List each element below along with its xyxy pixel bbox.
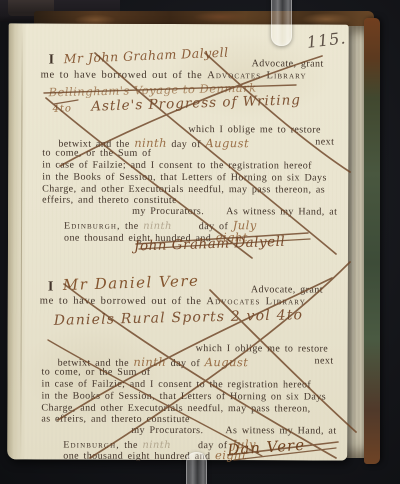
form2-witness-line: my Procurators. As witness my Hand, at [131,425,336,437]
form2-oblige-line: which I oblige me to restore [196,343,329,354]
form1-library-name: Advocates Library [207,70,306,81]
form1-initial: I [49,53,55,69]
page-number: 115. [306,28,348,52]
borrowing-form-1: I Mr John Graham Dalyell Advocate, grant… [9,23,349,24]
form2-signature: Dan Vere [227,436,306,459]
form1-return-month: August [205,136,249,150]
form2-initial: I [48,280,54,296]
form1-sum-line: to come, or the Sum of [42,148,151,159]
book-board-right-edge [364,18,380,464]
form2-borrower-name: Mr Daniel Vere [63,272,200,294]
ledger-page: 115. I Mr John Graham Dalyell Advocate, … [7,23,349,460]
form2-advocate-grant: Advocate, grant [251,284,323,295]
form1-witness-line: my Procurators. As witness my Hand, at [132,206,337,218]
page-holder-strap-bottom [186,452,207,484]
form1-borrowed-line: me to have borrowed out of the Advocates… [41,70,307,82]
form1-borrower-name: Mr John Graham Dalyell [63,45,229,67]
form2-book-title: Daniels Rural Sports 2 vol 4to [54,307,304,329]
gutter-crease [20,27,22,455]
form2-failzie-line: in case of Failzie; and I consent to the… [41,379,311,391]
form1-advocate-grant: Advocate, grant [252,58,324,69]
form1-effeirs-line: effeirs, and thereto constitute [42,195,177,206]
form2-return-month: August [205,355,249,369]
form2-year-line: one thousand eight hundred and eight [63,448,247,463]
form1-failzie-line: in case of Failzie; and I consent to the… [42,160,312,172]
form1-signature: John Graham Dalyell [134,234,286,255]
form2-sum-line: to come, or the Sum of [42,367,151,378]
form2-borrowed-line: me to have borrowed out of the Advocates… [40,296,306,308]
form2-effeirs-line: as effeirs, and thereto constitute [41,414,190,426]
form1-session-line: in the Books of Session, that Letters of… [42,172,327,184]
borrowing-form-2: I Mr Daniel Vere Advocate, grant me to h… [9,23,349,24]
form1-format-note: 4to [52,103,72,115]
form2-session-line: in the Books of Session, that Letters of… [41,391,326,403]
form2-library-name: Advocates Library [206,296,305,307]
photo-background: 115. I Mr John Graham Dalyell Advocate, … [0,0,400,484]
form1-oblige-line: which I oblige me to restore [188,124,321,135]
page-holder-strap-top [271,0,292,46]
